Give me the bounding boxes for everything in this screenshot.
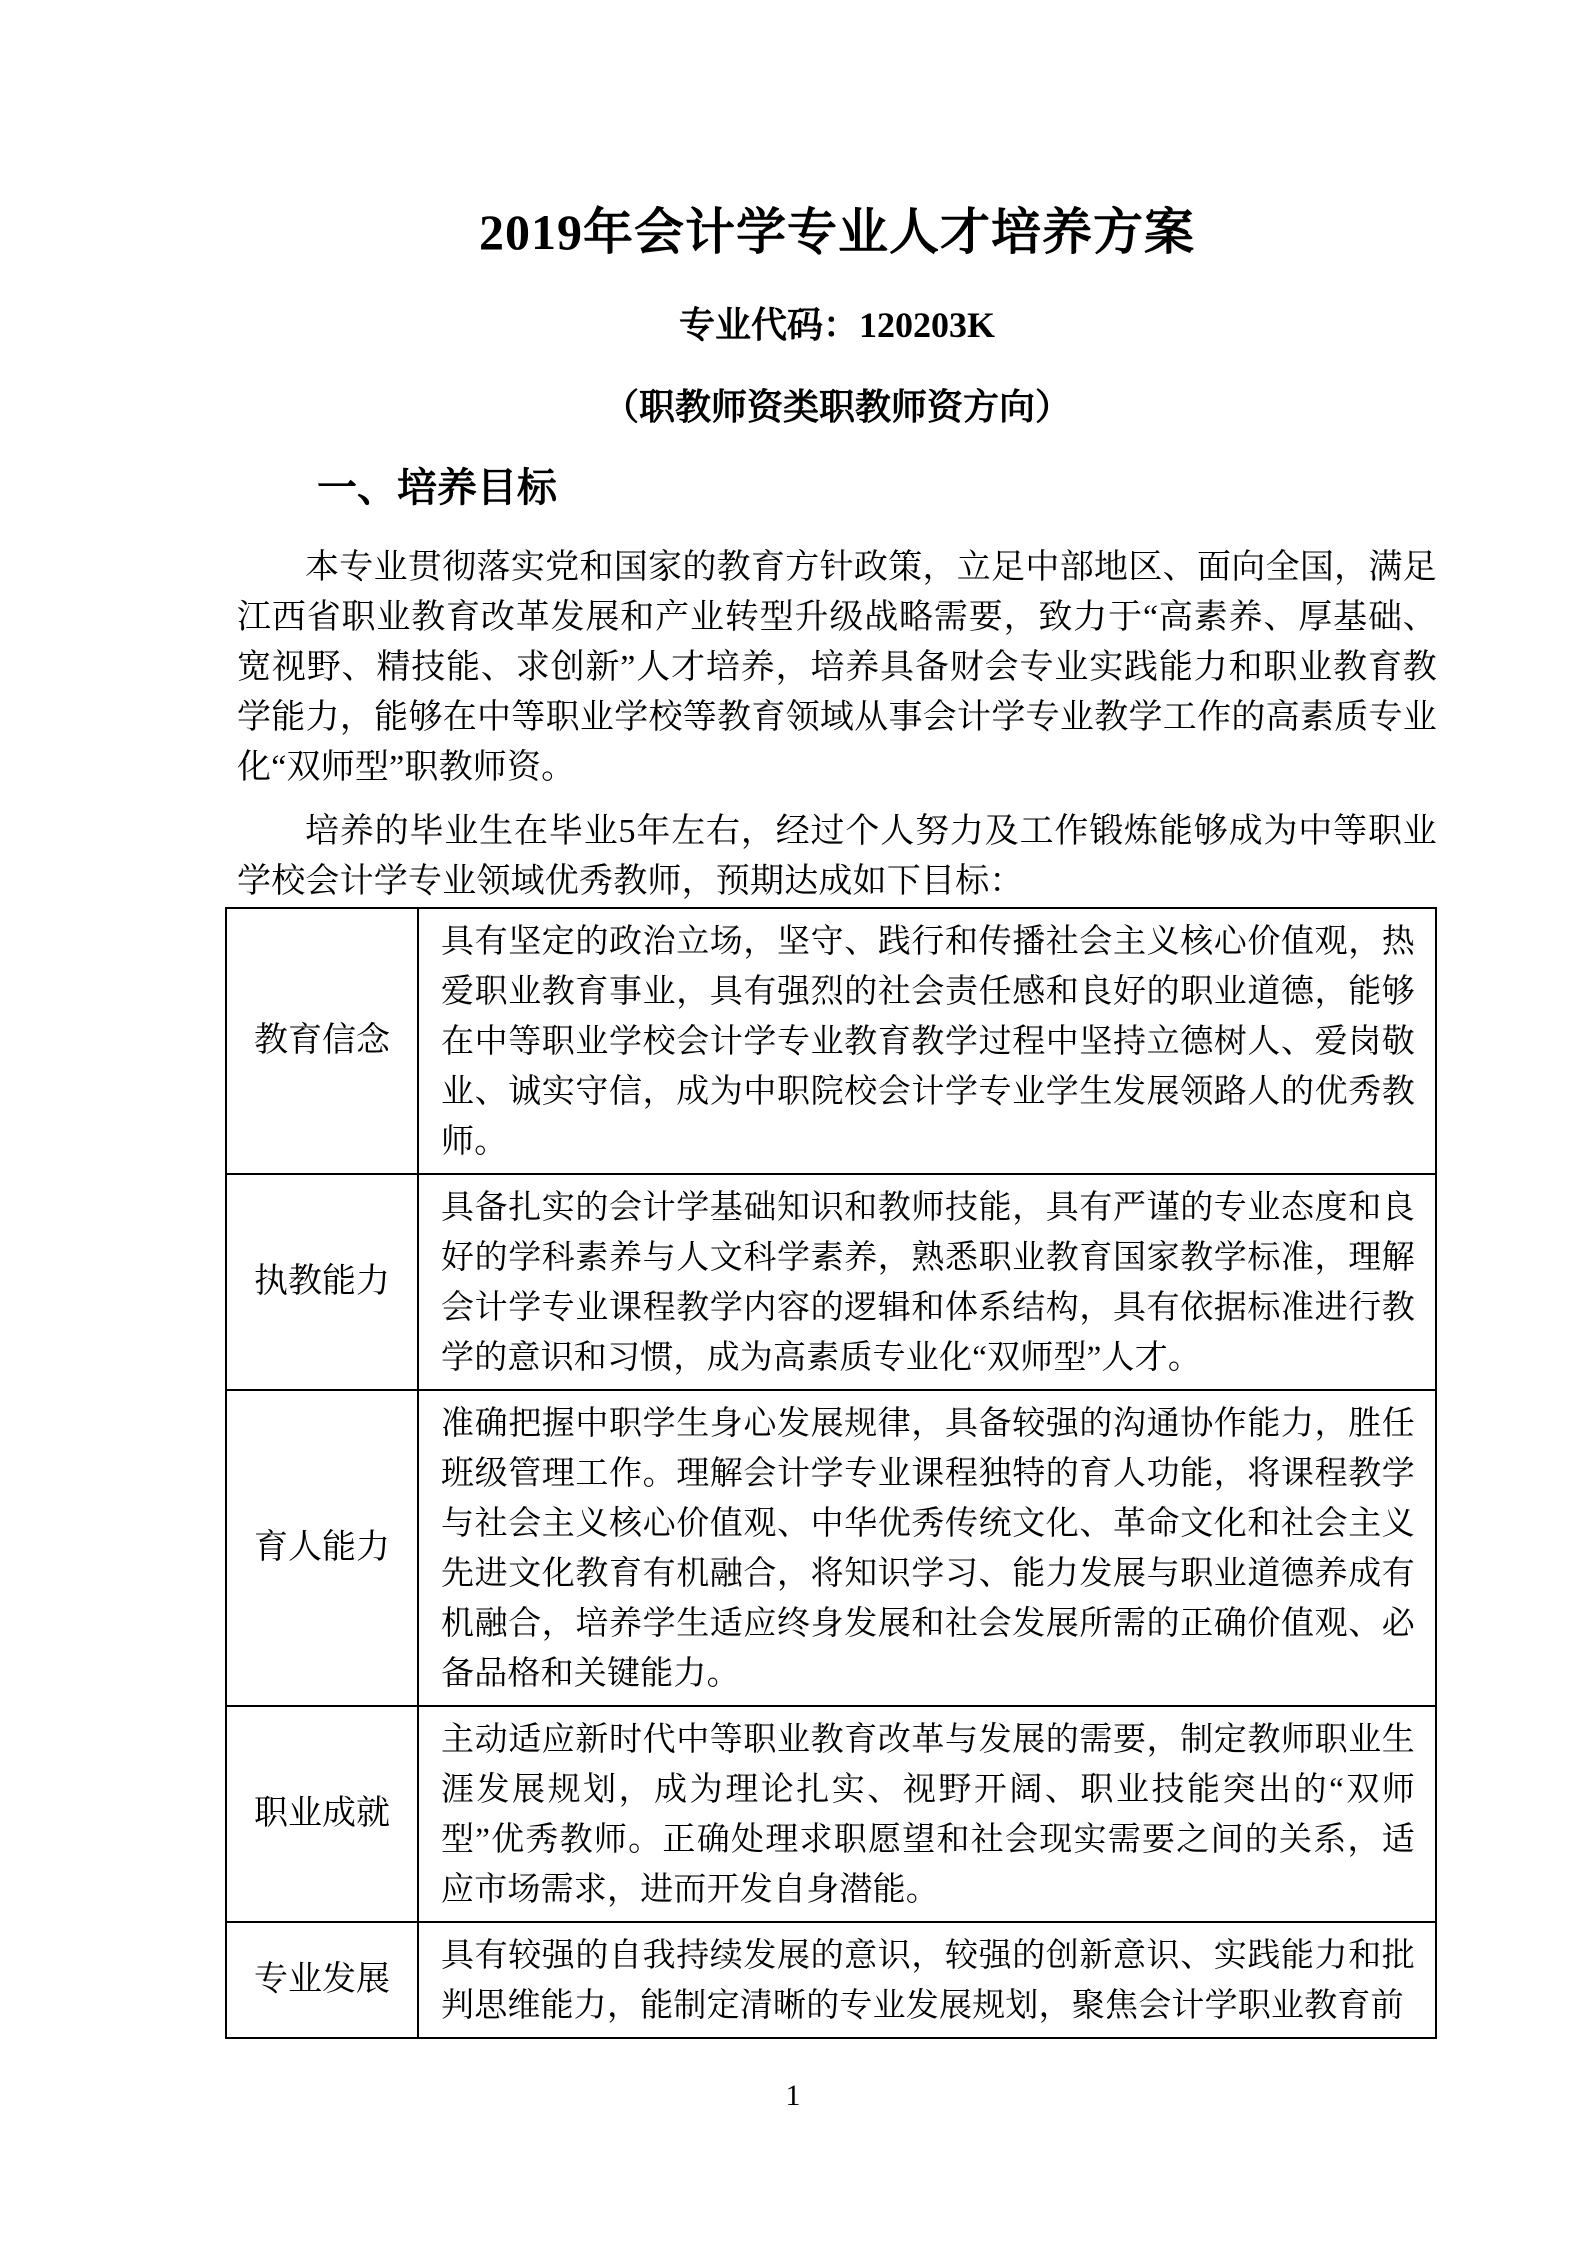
paragraph-training-objectives-1: 本专业贯彻落实党和国家的教育方针政策，立足中部地区、面向全国，满足江西省职业教育…	[237, 543, 1437, 793]
training-goals-table-body: 教育信念 具有坚定的政治立场，坚守、践行和传播社会主义核心价值观，热爱职业教育事…	[226, 908, 1436, 2038]
table-row-nurturing-ability: 育人能力 准确把握中职学生身心发展规律，具备较强的沟通协作能力，胜任班级管理工作…	[226, 1390, 1436, 1706]
training-goals-table: 教育信念 具有坚定的政治立场，坚守、践行和传播社会主义核心价值观，热爱职业教育事…	[225, 907, 1437, 2039]
goal-label: 教育信念	[226, 908, 418, 1174]
table-row-education-belief: 教育信念 具有坚定的政治立场，坚守、践行和传播社会主义核心价值观，热爱职业教育事…	[226, 908, 1436, 1174]
goal-content: 具备扎实的会计学基础知识和教师技能，具有严谨的专业态度和良好的学科素养与人文科学…	[418, 1174, 1436, 1390]
goal-label: 职业成就	[226, 1706, 418, 1922]
table-row-teaching-ability: 执教能力 具备扎实的会计学基础知识和教师技能，具有严谨的专业态度和良好的学科素养…	[226, 1174, 1436, 1390]
page-number: 1	[0, 2078, 1586, 2114]
direction-line: （职教师资类职教师资方向）	[237, 383, 1437, 431]
goal-content: 主动适应新时代中等职业教育改革与发展的需要，制定教师职业生涯发展规划，成为理论扎…	[418, 1706, 1436, 1922]
goal-label: 专业发展	[226, 1922, 418, 2038]
major-code-line: 专业代码：120203K	[237, 303, 1437, 347]
document-title: 2019年会计学专业人才培养方案	[237, 0, 1437, 260]
table-row-professional-development: 专业发展 具有较强的自我持续发展的意识，较强的创新意识、实践能力和批判思维能力，…	[226, 1922, 1436, 2038]
goal-content: 具有坚定的政治立场，坚守、践行和传播社会主义核心价值观，热爱职业教育事业，具有强…	[418, 908, 1436, 1174]
goal-content: 具有较强的自我持续发展的意识，较强的创新意识、实践能力和批判思维能力，能制定清晰…	[418, 1922, 1436, 2038]
document-page: 2019年会计学专业人才培养方案 专业代码：120203K （职教师资类职教师资…	[0, 0, 1586, 2245]
goal-label: 执教能力	[226, 1174, 418, 1390]
goal-label: 育人能力	[226, 1390, 418, 1706]
page-content: 2019年会计学专业人才培养方案 专业代码：120203K （职教师资类职教师资…	[237, 0, 1437, 2039]
section-heading-training-objectives: 一、培养目标	[237, 465, 1437, 511]
goal-content: 准确把握中职学生身心发展规律，具备较强的沟通协作能力，胜任班级管理工作。理解会计…	[418, 1390, 1436, 1706]
table-row-career-achievement: 职业成就 主动适应新时代中等职业教育改革与发展的需要，制定教师职业生涯发展规划，…	[226, 1706, 1436, 1922]
paragraph-training-objectives-2: 培养的毕业生在毕业5年左右，经过个人努力及工作锻炼能够成为中等职业学校会计学专业…	[237, 807, 1437, 907]
